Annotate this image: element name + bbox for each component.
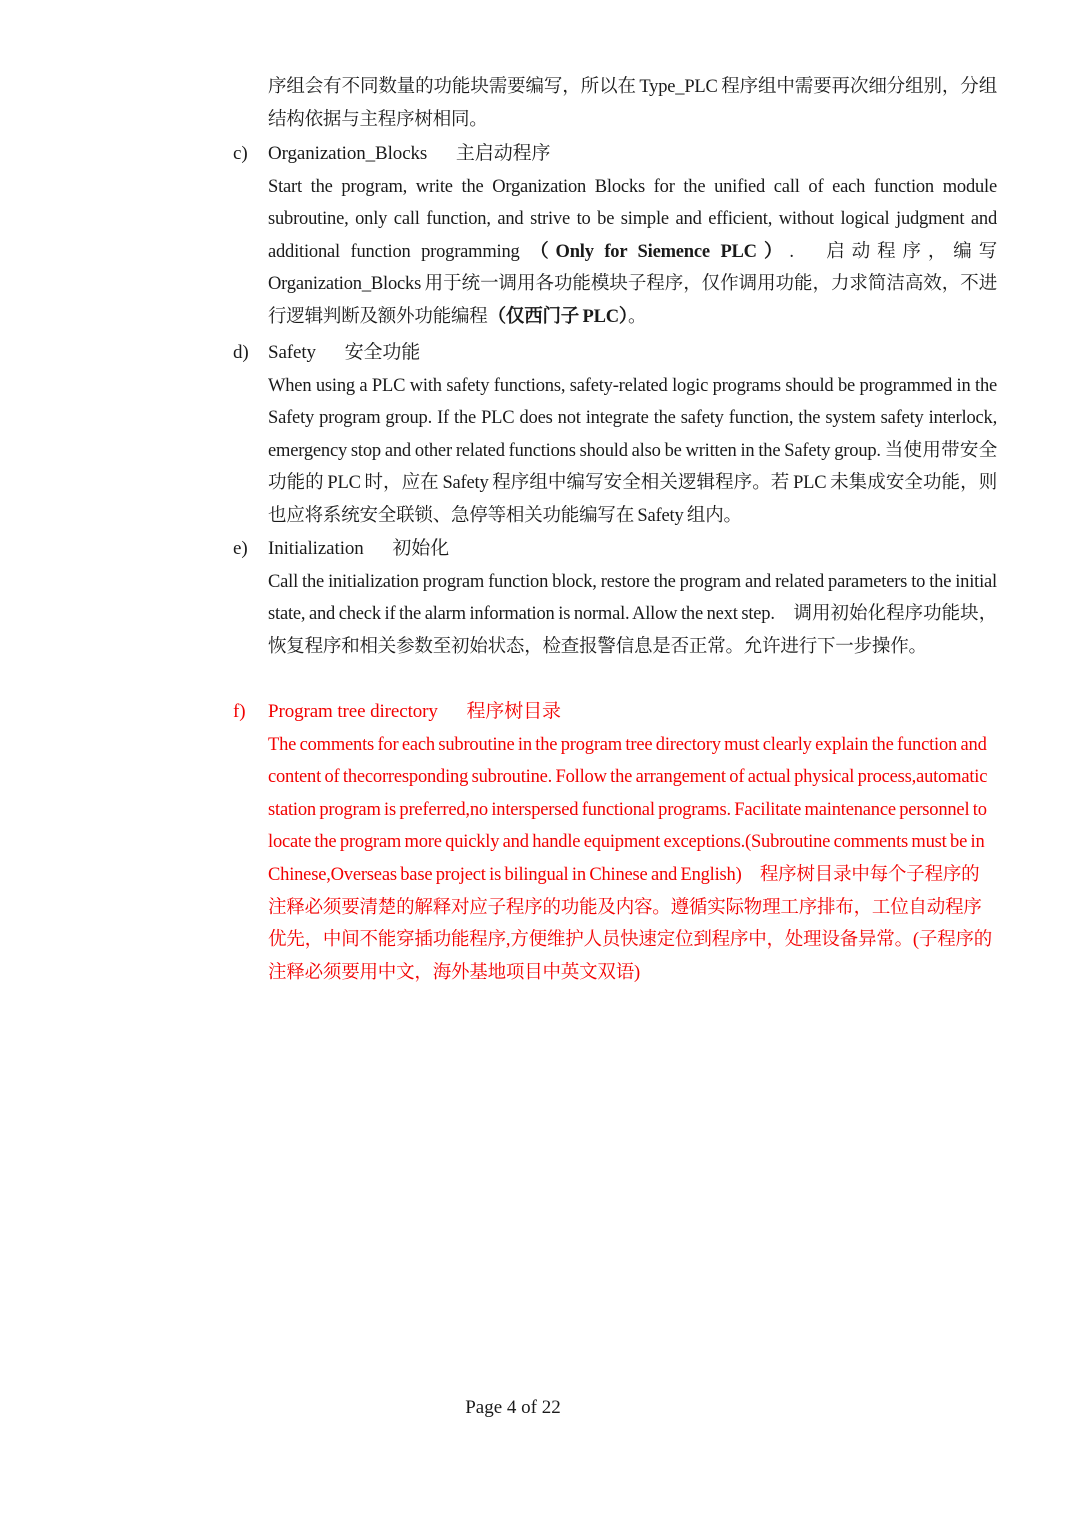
item-c-title-english: Organization_Blocks: [268, 143, 427, 164]
item-d-paragraph: When using a PLC with safety functions, …: [268, 370, 997, 533]
item-c-title-chinese: 主启动程序: [456, 143, 551, 164]
item-d-title-chinese: 安全功能: [345, 342, 421, 363]
intro-section: 序组会有不同数量的功能块需要编写，所以在 Type_PLC 程序组中需要再次细分…: [233, 71, 997, 136]
page-footer: Page 4 of 22: [465, 1396, 561, 1420]
list-item-f: f) Program tree directory 程序树目录 The comm…: [233, 696, 997, 989]
item-e-heading: e) Initialization 初始化: [233, 533, 997, 566]
list-item-e: e) Initialization 初始化 Call the initializ…: [233, 533, 997, 663]
item-f-label: f): [233, 696, 245, 729]
intro-paragraph: 序组会有不同数量的功能块需要编写，所以在 Type_PLC 程序组中需要再次细分…: [268, 71, 997, 136]
bold-text-run: （仅西门子 PLC）: [488, 307, 628, 327]
text-run: 序组会有不同数量的功能块需要编写，所以在 Type_PLC 程序组中需要再次细分…: [268, 77, 997, 130]
item-d-title-english: Safety: [268, 342, 316, 363]
item-c-label: c): [233, 138, 248, 171]
text-run: Call the initialization program function…: [268, 572, 997, 657]
item-c-heading: c) Organization_Blocks 主启动程序: [233, 138, 997, 171]
text-run: The comments for each subroutine in the …: [268, 735, 992, 983]
bold-text-run: （Only for Siemence PLC）: [530, 242, 789, 262]
item-f-title-english: Program tree directory: [268, 701, 438, 722]
item-d-label: d): [233, 337, 249, 370]
item-e-label: e): [233, 533, 248, 566]
text-run: When using a PLC with safety functions, …: [268, 376, 997, 526]
list-item-c: c) Organization_Blocks 主启动程序 Start the p…: [233, 138, 997, 334]
list-item-d: d) Safety 安全功能 When using a PLC with saf…: [233, 337, 997, 533]
item-d-heading: d) Safety 安全功能: [233, 337, 997, 370]
item-f-title-chinese: 程序树目录: [466, 701, 561, 722]
item-f-heading: f) Program tree directory 程序树目录: [233, 696, 997, 729]
item-c-paragraph: Start the program, write the Organizatio…: [268, 171, 997, 334]
item-e-title-chinese: 初始化: [392, 538, 449, 559]
item-e-title-english: Initialization: [268, 538, 364, 559]
item-f-paragraph: The comments for each subroutine in the …: [268, 729, 997, 990]
item-e-paragraph: Call the initialization program function…: [268, 566, 997, 664]
document-page: 序组会有不同数量的功能块需要编写，所以在 Type_PLC 程序组中需要再次细分…: [0, 0, 1080, 1527]
text-run: 。: [628, 307, 646, 327]
